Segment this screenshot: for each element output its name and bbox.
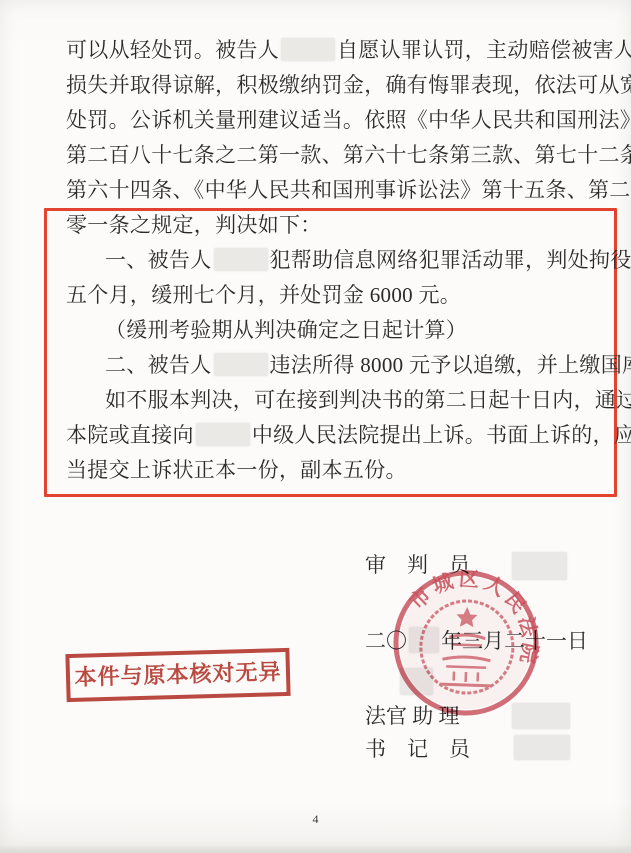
judgment-line: 如不服本判决，可在接到判决书的第二日起十日内，通过: [66, 383, 618, 418]
redaction-box: [214, 353, 268, 376]
judgment-line: 第六十四条、《中华人民共和国刑事诉讼法》第十五条、第二百: [66, 173, 618, 208]
judgment-line: 零一条之规定，判决如下：: [66, 208, 618, 243]
judgment-line: 五个月，缓刑七个月，并处罚金 6000 元。: [66, 278, 618, 313]
redaction-box-assistant-name: [512, 703, 570, 729]
judgment-line: 二、被告人违法所得 8000 元予以追缴，并上缴国库。: [66, 348, 618, 383]
page-number: 4: [0, 812, 631, 827]
redaction-box-date: [409, 627, 439, 653]
judgment-line: 损失并取得谅解，积极缴纳罚金，确有悔罪表现，依法可从宽: [66, 68, 618, 103]
redaction-box: [281, 38, 335, 61]
judgment-line: 可以从轻处罚。被告人自愿认罪认罚，主动赔偿被害人: [66, 33, 618, 68]
judgment-line: （缓刑考验期从判决确定之日起计算）: [66, 313, 618, 348]
redaction-box-clerk-name: [514, 735, 570, 760]
redaction-box: [214, 248, 268, 271]
judgment-line: 本院或直接向中级人民法院提出上诉。书面上诉的，应: [66, 418, 618, 453]
judgment-date-line: 二〇年三月二十一日: [365, 627, 588, 655]
redaction-box: [400, 668, 433, 695]
clerk-label: 书 记 员: [365, 735, 470, 763]
verification-stamp: 本件与原本核对无异: [65, 648, 290, 702]
redaction-box: [196, 423, 250, 446]
scan-bottom-edge: [0, 846, 631, 853]
judgment-body-text: 可以从轻处罚。被告人自愿认罪认罚，主动赔偿被害人 损失并取得谅解，积极缴纳罚金，…: [66, 33, 618, 488]
judgment-line: 当提交上诉状正本一份，副本五份。: [66, 453, 618, 488]
judgment-line: 处罚。公诉机关量刑建议适当。依照《中华人民共和国刑法》: [66, 103, 618, 138]
judge-signature-label: 审 判 员: [365, 551, 470, 579]
assistant-judge-label: 法官 助 理: [365, 702, 460, 730]
judgment-line: 第二百八十七条之二第一款、第六十七条第三款、第七十二条、: [66, 138, 618, 173]
redaction-box-judge-name: [512, 552, 567, 580]
judgment-line: 一、被告人犯帮助信息网络犯罪活动罪，判处拘役: [66, 243, 618, 278]
scanned-judgment-page: 可以从轻处罚。被告人自愿认罪认罚，主动赔偿被害人 损失并取得谅解，积极缴纳罚金，…: [0, 0, 631, 853]
